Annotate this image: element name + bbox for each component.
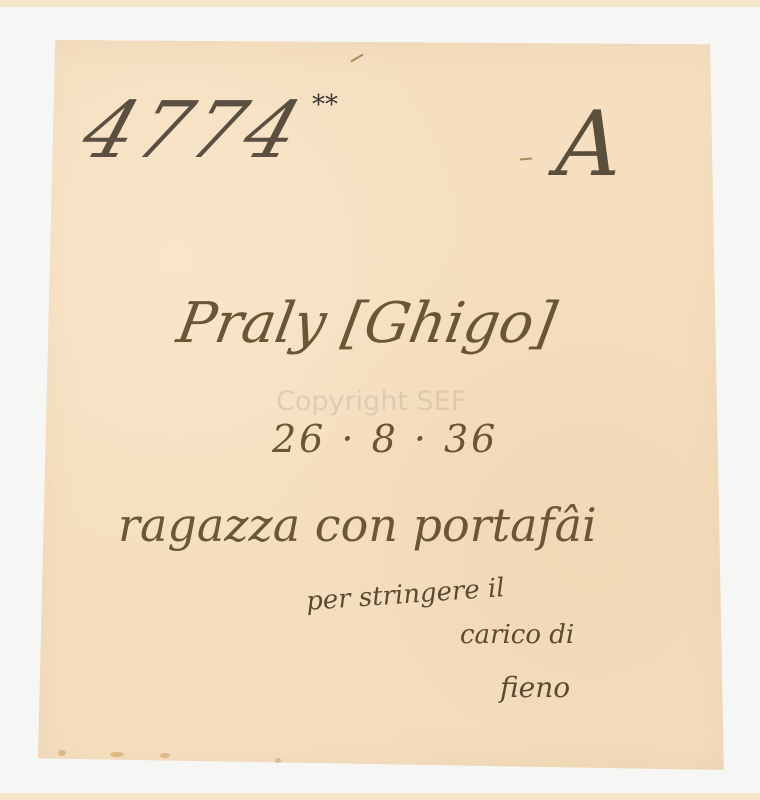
date: 26 · 8 · 36 bbox=[272, 420, 498, 458]
paper-stain bbox=[160, 753, 170, 758]
copyright-watermark: Copyright SEF bbox=[276, 386, 466, 417]
caption-line-4: fieno bbox=[500, 674, 570, 702]
catalog-marks: ** bbox=[312, 92, 338, 118]
place-name: Praly [Ghigo] bbox=[173, 296, 560, 352]
bottom-edge-strip bbox=[0, 793, 760, 800]
paper-stain bbox=[110, 752, 124, 757]
caption-line-3: carico di bbox=[460, 622, 574, 648]
paper-stain bbox=[275, 758, 281, 763]
catalog-number: 4774 bbox=[73, 92, 313, 170]
caption-line-1: ragazza con portafâi bbox=[118, 502, 597, 548]
top-edge-strip bbox=[0, 0, 760, 7]
paper-stain bbox=[58, 750, 66, 756]
